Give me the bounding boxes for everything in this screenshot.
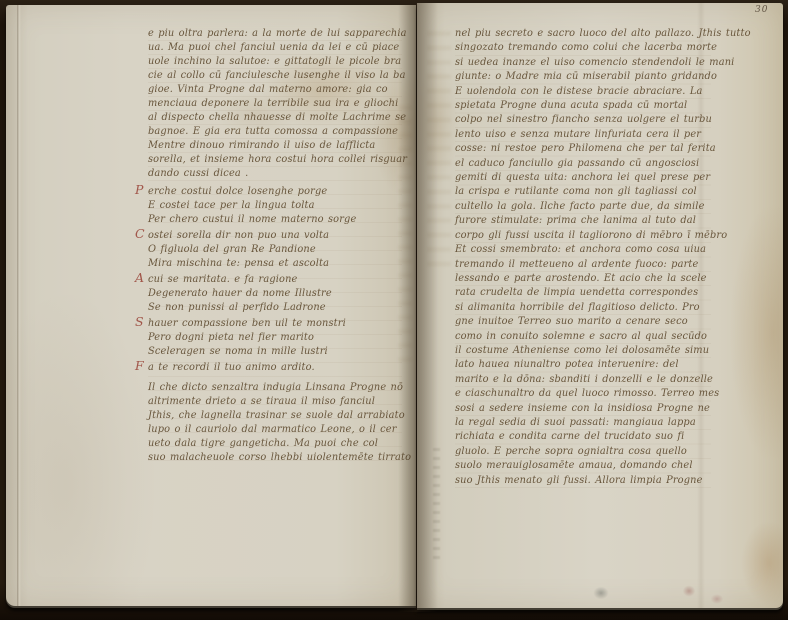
manuscript-text-line: la crispa e rutilante coma non gli tagli… bbox=[455, 185, 711, 199]
manuscript-text-line: sosi a sedere insieme con la insidiosa P… bbox=[455, 402, 711, 416]
manuscript-text-line: e piu oltra parlera: a la morte de lui s… bbox=[148, 27, 402, 41]
manuscript-text-line: gemiti di questa uita: anchora lei quel … bbox=[455, 171, 711, 185]
manuscript-text-line: tremando il metteueno al ardente fuoco: … bbox=[455, 258, 711, 272]
manuscript-text-line: singozato tremando como colui che lacerb… bbox=[455, 41, 711, 55]
manuscript-text-line: lupo o il cauriolo dal marmatico Leone, … bbox=[148, 423, 402, 437]
verse-line: Pero dogni pieta nel fier marito bbox=[148, 331, 402, 345]
manuscript-text-line: lato hauea niunaltro potea interuenire: … bbox=[455, 358, 711, 372]
tercet-initial: P bbox=[135, 183, 147, 197]
manuscript-text-line: suo malacheuole corso lhebbi uiolentemēt… bbox=[148, 451, 402, 465]
manuscript-text-line: richiata e condita carne del trucidato s… bbox=[455, 430, 711, 444]
tercet-initial: C bbox=[135, 227, 147, 241]
manuscript-text-line: corpo gli fussi uscita il tagliorono di … bbox=[455, 229, 711, 243]
verse-line: E costei tace per la lingua tolta bbox=[148, 199, 402, 213]
manuscript-text-line: Jthis, che lagnella trasinar se suole da… bbox=[148, 409, 402, 423]
manuscript-text-line: spietata Progne duna acuta spada cū mort… bbox=[455, 99, 711, 113]
manuscript-text-line: uole inchino la salutoe: e gittatogli le… bbox=[148, 55, 402, 69]
verse-line: Perche costui dolce losenghe porge bbox=[148, 183, 402, 199]
manuscript-text-line: e ciaschunaltro da quel luoco rimosso. T… bbox=[455, 387, 711, 401]
manuscript-text-line: rata crudelta de limpia uendetta corresp… bbox=[455, 286, 711, 300]
manuscript-text-line: si uedea inanze el uiso comencio stenden… bbox=[455, 56, 711, 70]
left-prose-paragraph-2: Il che dicto senzaltra indugia Linsana P… bbox=[148, 381, 402, 465]
manuscript-text-line: menciaua deponere la terribile sua ira e… bbox=[148, 97, 402, 111]
verse-line: Fa te recordi il tuo animo ardito. bbox=[148, 359, 402, 375]
manuscript-text-line: sorella, et insieme hora costui hora col… bbox=[148, 153, 402, 167]
manuscript-text-line: Il che dicto senzaltra indugia Linsana P… bbox=[148, 381, 402, 395]
tercet-initial: S bbox=[135, 315, 147, 329]
manuscript-text-line: nel piu secreto e sacro luoco del alto p… bbox=[455, 27, 711, 41]
manuscript-text-line: cie al collo cū fanciulesche lusenghe il… bbox=[148, 69, 402, 83]
manuscript-text-line: lessando e parte arostendo. Et acio che … bbox=[455, 272, 711, 286]
manuscript-text-line: suo Jthis menato gli fussi. Allora limpi… bbox=[455, 474, 711, 488]
manuscript-text-line: la regal sedia di suoi passati: mangiaua… bbox=[455, 416, 711, 430]
manuscript-text-line: altrimente drieto a se tiraua il miso fa… bbox=[148, 395, 402, 409]
verse-line: Per chero custui il nome materno sorge bbox=[148, 213, 402, 227]
manuscript-text-line: cosse: ni restoe pero Philomena che per … bbox=[455, 142, 711, 156]
manuscript-page-recto: 30 nel piu secreto e sacro luoco del alt… bbox=[417, 3, 783, 608]
manuscript-text-line: el caduco fanciullo gia passando cū ango… bbox=[455, 157, 711, 171]
left-prose-paragraph-1: e piu oltra parlera: a la morte de lui s… bbox=[148, 27, 402, 181]
verse-line: O figluola del gran Re Pandione bbox=[148, 243, 402, 257]
manuscript-text-line: cultello la gola. Ilche facto parte due,… bbox=[455, 200, 711, 214]
manuscript-text-line: gluolo. E perche sopra ognialtra cosa qu… bbox=[455, 445, 711, 459]
verse-line: Acui se maritata. e fa ragione bbox=[148, 271, 402, 287]
manuscript-text-line: dando cussi dicea . bbox=[148, 167, 402, 181]
manuscript-text-line: como in conuito solemne e sacro al qual … bbox=[455, 330, 711, 344]
verse-line: Shauer compassione ben uil te monstri bbox=[148, 315, 402, 331]
verse-line: Mira mischina te: pensa et ascolta bbox=[148, 257, 402, 271]
verse-line: Sceleragen se noma in mille lustri bbox=[148, 345, 402, 359]
manuscript-text-line: giunte: o Madre mia cū miserabil pianto … bbox=[455, 70, 711, 84]
manuscript-text-line: ua. Ma puoi chel fanciul uenia da lei e … bbox=[148, 41, 402, 55]
manuscript-text-line: marito e la dōna: sbanditi i donzelli e … bbox=[455, 373, 711, 387]
tercet-initial: F bbox=[135, 359, 147, 373]
tercet-initial: A bbox=[135, 271, 147, 285]
manuscript-text-line: si alimanita horribile del flagitioso de… bbox=[455, 301, 711, 315]
manuscript-text-line: al dispecto chella nhauesse di molte Lac… bbox=[148, 111, 402, 125]
manuscript-text-line: ueto dala tigre gangeticha. Ma puoi che … bbox=[148, 437, 402, 451]
manuscript-text-line: Mentre dinouo rimirando il uiso de laffl… bbox=[148, 139, 402, 153]
right-prose-paragraph: nel piu secreto e sacro luoco del alto p… bbox=[455, 27, 711, 488]
manuscript-text-line: furore stimulate: prima che lanima al tu… bbox=[455, 214, 711, 228]
verse-line: Se non punissi al perfido Ladrone bbox=[148, 301, 402, 315]
manuscript-text-line: Et cossi smembrato: et anchora como cosa… bbox=[455, 243, 711, 257]
ink-showthrough bbox=[427, 31, 451, 271]
right-text-column: nel piu secreto e sacro luoco del alto p… bbox=[455, 27, 711, 488]
gutter-inscription bbox=[433, 448, 440, 563]
verse-line: Costei sorella dir non puo una volta bbox=[148, 227, 402, 243]
verse-line: Degenerato hauer da nome Illustre bbox=[148, 287, 402, 301]
manuscript-text-line: bagnoe. E gia era tutta comossa a compas… bbox=[148, 125, 402, 139]
manuscript-text-line: gioe. Vinta Progne dal materno amore: gi… bbox=[148, 83, 402, 97]
left-text-column: e piu oltra parlera: a la morte de lui s… bbox=[148, 27, 402, 465]
manuscript-text-line: colpo nel sinestro fiancho senza uolgere… bbox=[455, 113, 711, 127]
manuscript-text-line: gne inuitoe Terreo suo marito a cenare s… bbox=[455, 315, 711, 329]
manuscript-text-line: suolo merauiglosamēte amaua, domando che… bbox=[455, 459, 711, 473]
manuscript-text-line: il costume Atheniense como lei dolosamēt… bbox=[455, 344, 711, 358]
manuscript-text-line: lento uiso e senza mutare linfuriata cer… bbox=[455, 128, 711, 142]
manuscript-photo: e piu oltra parlera: a la morte de lui s… bbox=[0, 0, 788, 620]
manuscript-text-line: E uolendola con le distese bracie abraci… bbox=[455, 85, 711, 99]
folio-number: 30 bbox=[755, 5, 785, 15]
manuscript-page-verso: e piu oltra parlera: a la morte de lui s… bbox=[6, 5, 416, 606]
tercet-verse-block: Perche costui dolce losenghe porgeE cost… bbox=[148, 183, 402, 375]
